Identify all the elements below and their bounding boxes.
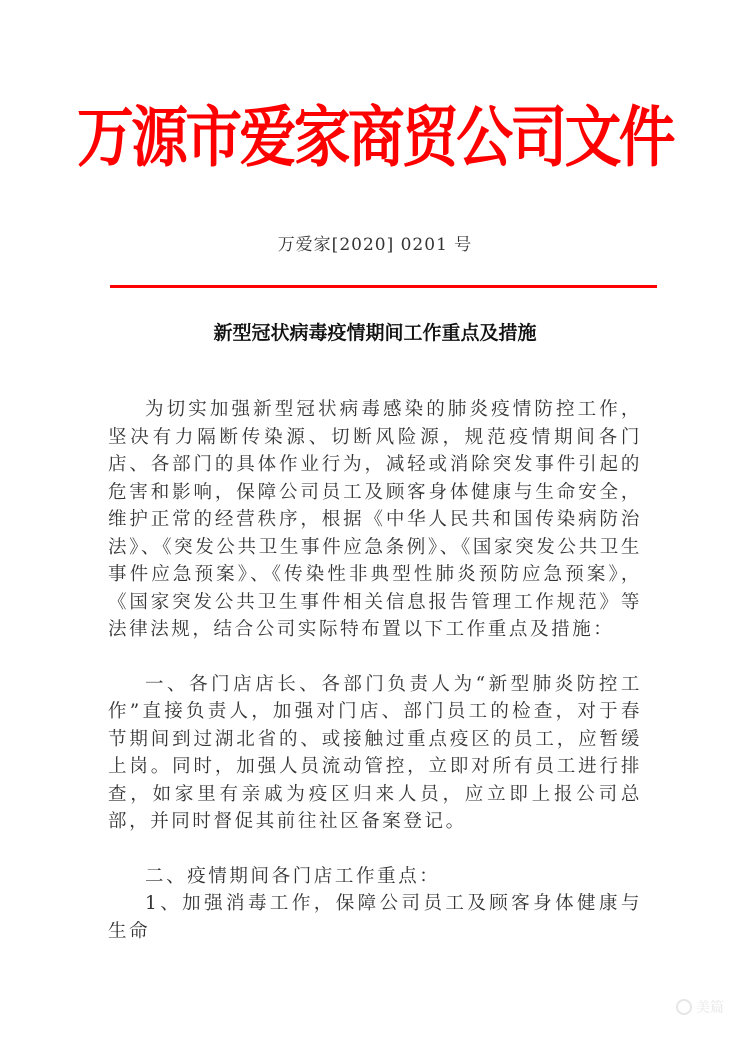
section-2-heading: 二、疫情期间各门店工作重点： — [108, 863, 642, 891]
issuer-title: 万源市爱家商贸公司文件 — [53, 88, 698, 188]
document-number: 万爱家[2020] 0201 号 — [0, 230, 750, 255]
watermark-label: 美篇 — [696, 997, 724, 1017]
document-body: 为切实加强新型冠状病毒感染的肺炎疫情防控工作，坚决有力隔断传染源、切断风险源，规… — [108, 396, 642, 945]
red-divider-line — [110, 285, 657, 288]
list-item-1: 1、加强消毒工作，保障公司员工及顾客身体健康与生命 — [108, 890, 642, 945]
paragraph-gap — [108, 836, 642, 863]
document-page: 万源市爱家商贸公司文件 万爱家[2020] 0201 号 新型冠状病毒疫情期间工… — [0, 0, 750, 1061]
watermark: 美篇 — [676, 997, 724, 1017]
section-1-paragraph: 一、各门店店长、各部门负责人为“新型肺炎防控工作”直接负责人，加强对门店、部门员… — [108, 671, 642, 836]
paragraph-gap — [108, 644, 642, 671]
meipian-logo-icon — [676, 999, 692, 1015]
document-title: 新型冠状病毒疫情期间工作重点及措施 — [0, 318, 750, 345]
intro-paragraph: 为切实加强新型冠状病毒感染的肺炎疫情防控工作，坚决有力隔断传染源、切断风险源，规… — [108, 396, 642, 644]
